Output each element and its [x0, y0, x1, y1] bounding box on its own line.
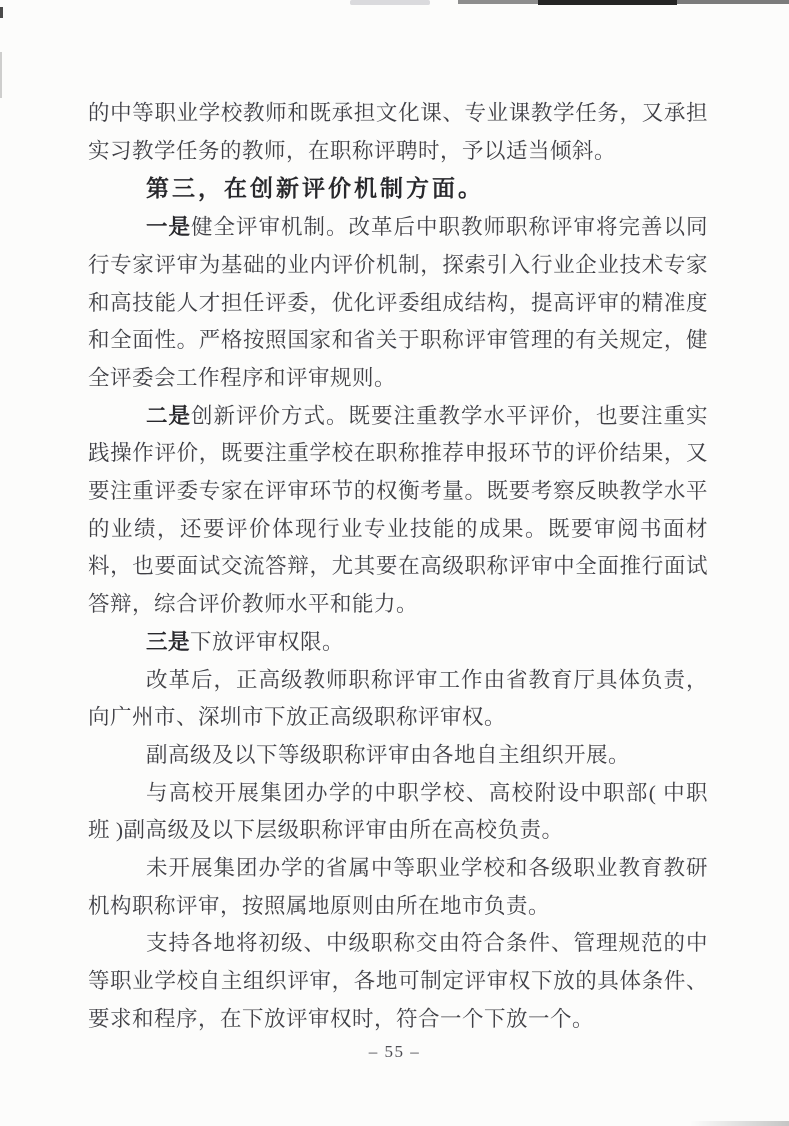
scan-smudge-top — [350, 0, 430, 5]
paragraph: 的中等职业学校教师和既承担文化课、专业课教学任务，又承担实习教学任务的教师，在职… — [88, 95, 708, 170]
paragraph: 未开展集团办学的省属中等职业学校和各级职业教育教研机构职称评审，按照属地原则由所… — [88, 850, 708, 925]
paragraph: 三是下放评审权限。 — [88, 624, 708, 662]
paragraph-lead: 二是 — [146, 404, 191, 428]
paragraph-text: 改革后，正高级教师职称评审工作由省教育厅具体负责，向广州市、深圳市下放正高级职称… — [88, 668, 708, 730]
paragraph-text: 健全评审机制。改革后中职教师职称评审将完善以同行专家评审为基础的业内评价机制，探… — [88, 215, 708, 390]
paragraph: 二是创新评价方式。既要注重教学水平评价，也要注重实践操作评价，既要注重学校在职称… — [88, 398, 708, 624]
paragraph-text: 未开展集团办学的省属中等职业学校和各级职业教育教研机构职称评审，按照属地原则由所… — [88, 856, 708, 918]
paragraph-text: 副高级及以下等级职称评审由各地自主组织开展。 — [146, 743, 630, 767]
paragraph-text: 与高校开展集团办学的中职学校、高校附设中职部( 中职班 )副高级及以下层级职称评… — [88, 781, 708, 843]
paragraph-lead: 三是 — [146, 630, 190, 654]
document-body: 的中等职业学校教师和既承担文化课、专业课教学任务，又承担实习教学任务的教师，在职… — [88, 95, 708, 1039]
paragraph: 副高级及以下等级职称评审由各地自主组织开展。 — [88, 737, 708, 775]
paragraph: 改革后，正高级教师职称评审工作由省教育厅具体负责，向广州市、深圳市下放正高级职称… — [88, 662, 708, 737]
scan-strip-gray-right — [677, 0, 789, 4]
paragraph-text: 第三，在创新评价机制方面。 — [146, 175, 484, 201]
page-number: – 55 – — [369, 1042, 421, 1061]
scan-strip-dark — [538, 0, 677, 5]
paragraph-text: 下放评审权限。 — [190, 630, 344, 654]
paragraph-text: 创新评价方式。既要注重教学水平评价，也要注重实践操作评价，既要注重学校在职称推荐… — [88, 404, 708, 617]
paragraph-text: 的中等职业学校教师和既承担文化课、专业课教学任务，又承担实习教学任务的教师，在职… — [88, 101, 708, 163]
scan-smudge-left-edge — [0, 52, 2, 98]
scan-shade-bottom-right — [690, 1121, 789, 1126]
paragraph: 支持各地将初级、中级职称交由符合条件、管理规范的中等职业学校自主组织评审，各地可… — [88, 925, 708, 1038]
paragraph-lead: 一是 — [146, 215, 191, 239]
paragraph-text: 支持各地将初级、中级职称交由符合条件、管理规范的中等职业学校自主组织评审，各地可… — [88, 931, 708, 1030]
paragraph: 与高校开展集团办学的中职学校、高校附设中职部( 中职班 )副高级及以下层级职称评… — [88, 775, 708, 850]
scan-strip-gray-left — [458, 0, 538, 4]
scan-mark-left-edge — [0, 7, 3, 18]
document-page: 的中等职业学校教师和既承担文化课、专业课教学任务，又承担实习教学任务的教师，在职… — [0, 0, 789, 1126]
paragraph: 一是健全评审机制。改革后中职教师职称评审将完善以同行专家评审为基础的业内评价机制… — [88, 209, 708, 398]
paragraph: 第三，在创新评价机制方面。 — [88, 170, 708, 209]
page-footer: – 55 – — [0, 1042, 789, 1062]
